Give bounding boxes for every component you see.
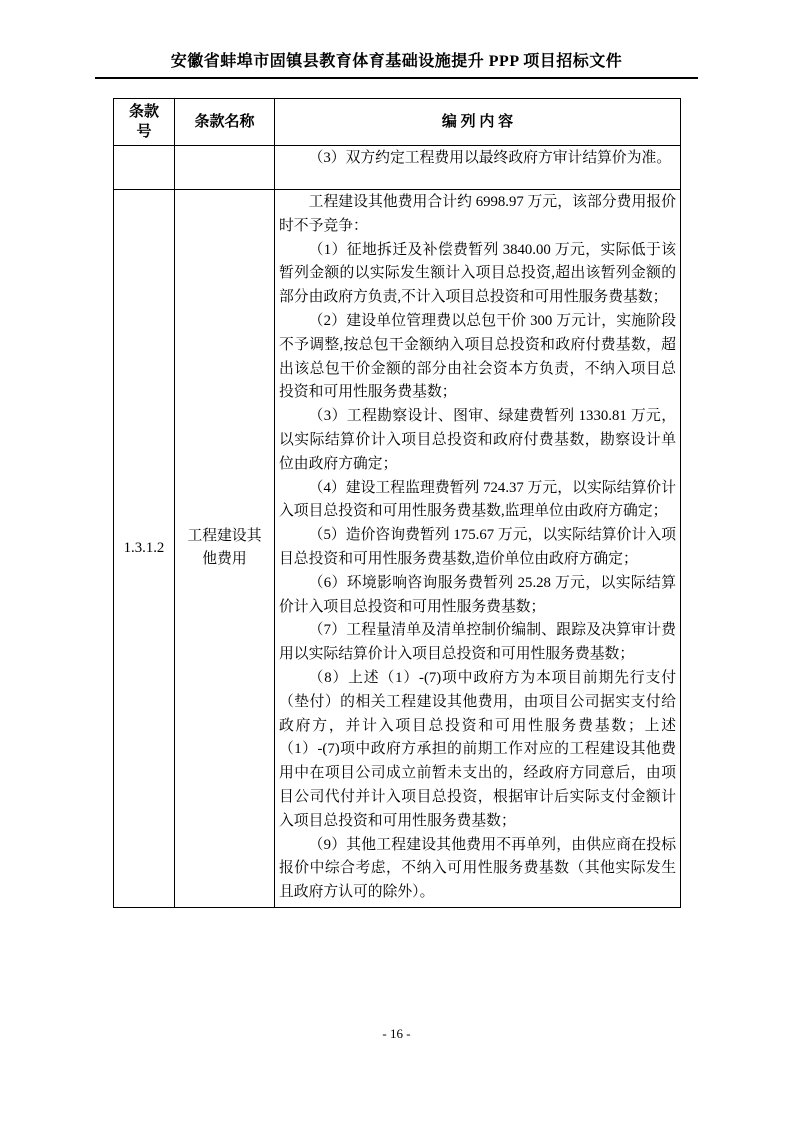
clause-name-cell: 工程建设其他费用: [175, 190, 275, 908]
table-row: （3）双方约定工程费用以最终政府方审计结算价为准。: [114, 146, 681, 190]
header-row: 条款 号 条款名称 编 列 内 容: [114, 99, 681, 146]
clause-number-cell: 1.3.1.2: [114, 190, 175, 908]
content-paragraph: （5）造价咨询费暂列 175.67 万元，以实际结算价计入项目总投资和可用性服务…: [279, 524, 676, 572]
clause-name-cell: [175, 146, 275, 190]
document-header: 安徽省蚌埠市固镇县教育体育基础设施提升 PPP 项目招标文件: [95, 52, 698, 79]
document-title: 安徽省蚌埠市固镇县教育体育基础设施提升 PPP 项目招标文件: [95, 52, 698, 72]
content-paragraph: （8）上述（1）-(7)项中政府方为本项目前期先行支付（垫付）的相关工程建设其他…: [279, 667, 676, 834]
document-page: 安徽省蚌埠市固镇县教育体育基础设施提升 PPP 项目招标文件 条款 号 条款名称…: [0, 0, 793, 1122]
content-paragraph: （9）其他工程建设其他费用不再单列，由供应商在投标报价中综合考虑，不纳入可用性服…: [279, 834, 676, 905]
table-row: 1.3.1.2 工程建设其他费用 工程建设其他费用合计约 6998.97 万元，…: [114, 190, 681, 908]
content-paragraph: （4）建设工程监理费暂列 724.37 万元，以实际结算价计入项目总投资和可用性…: [279, 477, 676, 525]
page-number: - 16 -: [0, 1026, 793, 1042]
column-header-content: 编 列 内 容: [275, 99, 681, 146]
content-paragraph: （2）建设单位管理费以总包干价 300 万元计，实施阶段不予调整,按总包干金额纳…: [279, 310, 676, 405]
content-paragraph: 工程建设其他费用合计约 6998.97 万元，该部分费用报价时不予竞争：: [279, 191, 676, 239]
content-paragraph: （7）工程量清单及清单控制价编制、跟踪及决算审计费用以实际结算价计入项目总投资和…: [279, 619, 676, 667]
clause-table-header: 条款 号 条款名称 编 列 内 容: [114, 99, 681, 146]
clause-number-cell: [114, 146, 175, 190]
clause-table: 条款 号 条款名称 编 列 内 容 （3）双方约定工程费用以最终政府方审计结算价…: [113, 98, 681, 908]
content-paragraph: （6）环境影响咨询服务费暂列 25.28 万元，以实际结算价计入项目总投资和可用…: [279, 572, 676, 620]
clause-content-cell: （3）双方约定工程费用以最终政府方审计结算价为准。: [275, 146, 681, 190]
clause-content-cell: 工程建设其他费用合计约 6998.97 万元，该部分费用报价时不予竞争：（1）征…: [275, 190, 681, 908]
content-paragraph: （3）工程勘察设计、图审、绿建费暂列 1330.81 万元，以实际结算价计入项目…: [279, 405, 676, 476]
column-header-clause-name: 条款名称: [175, 99, 275, 146]
column-header-clause-no: 条款 号: [114, 99, 175, 146]
content-paragraph: （1）征地拆迁及补偿费暂列 3840.00 万元，实际低于该暂列金额的以实际发生…: [279, 239, 676, 310]
content-paragraph: （3）双方约定工程费用以最终政府方审计结算价为准。: [279, 147, 676, 171]
